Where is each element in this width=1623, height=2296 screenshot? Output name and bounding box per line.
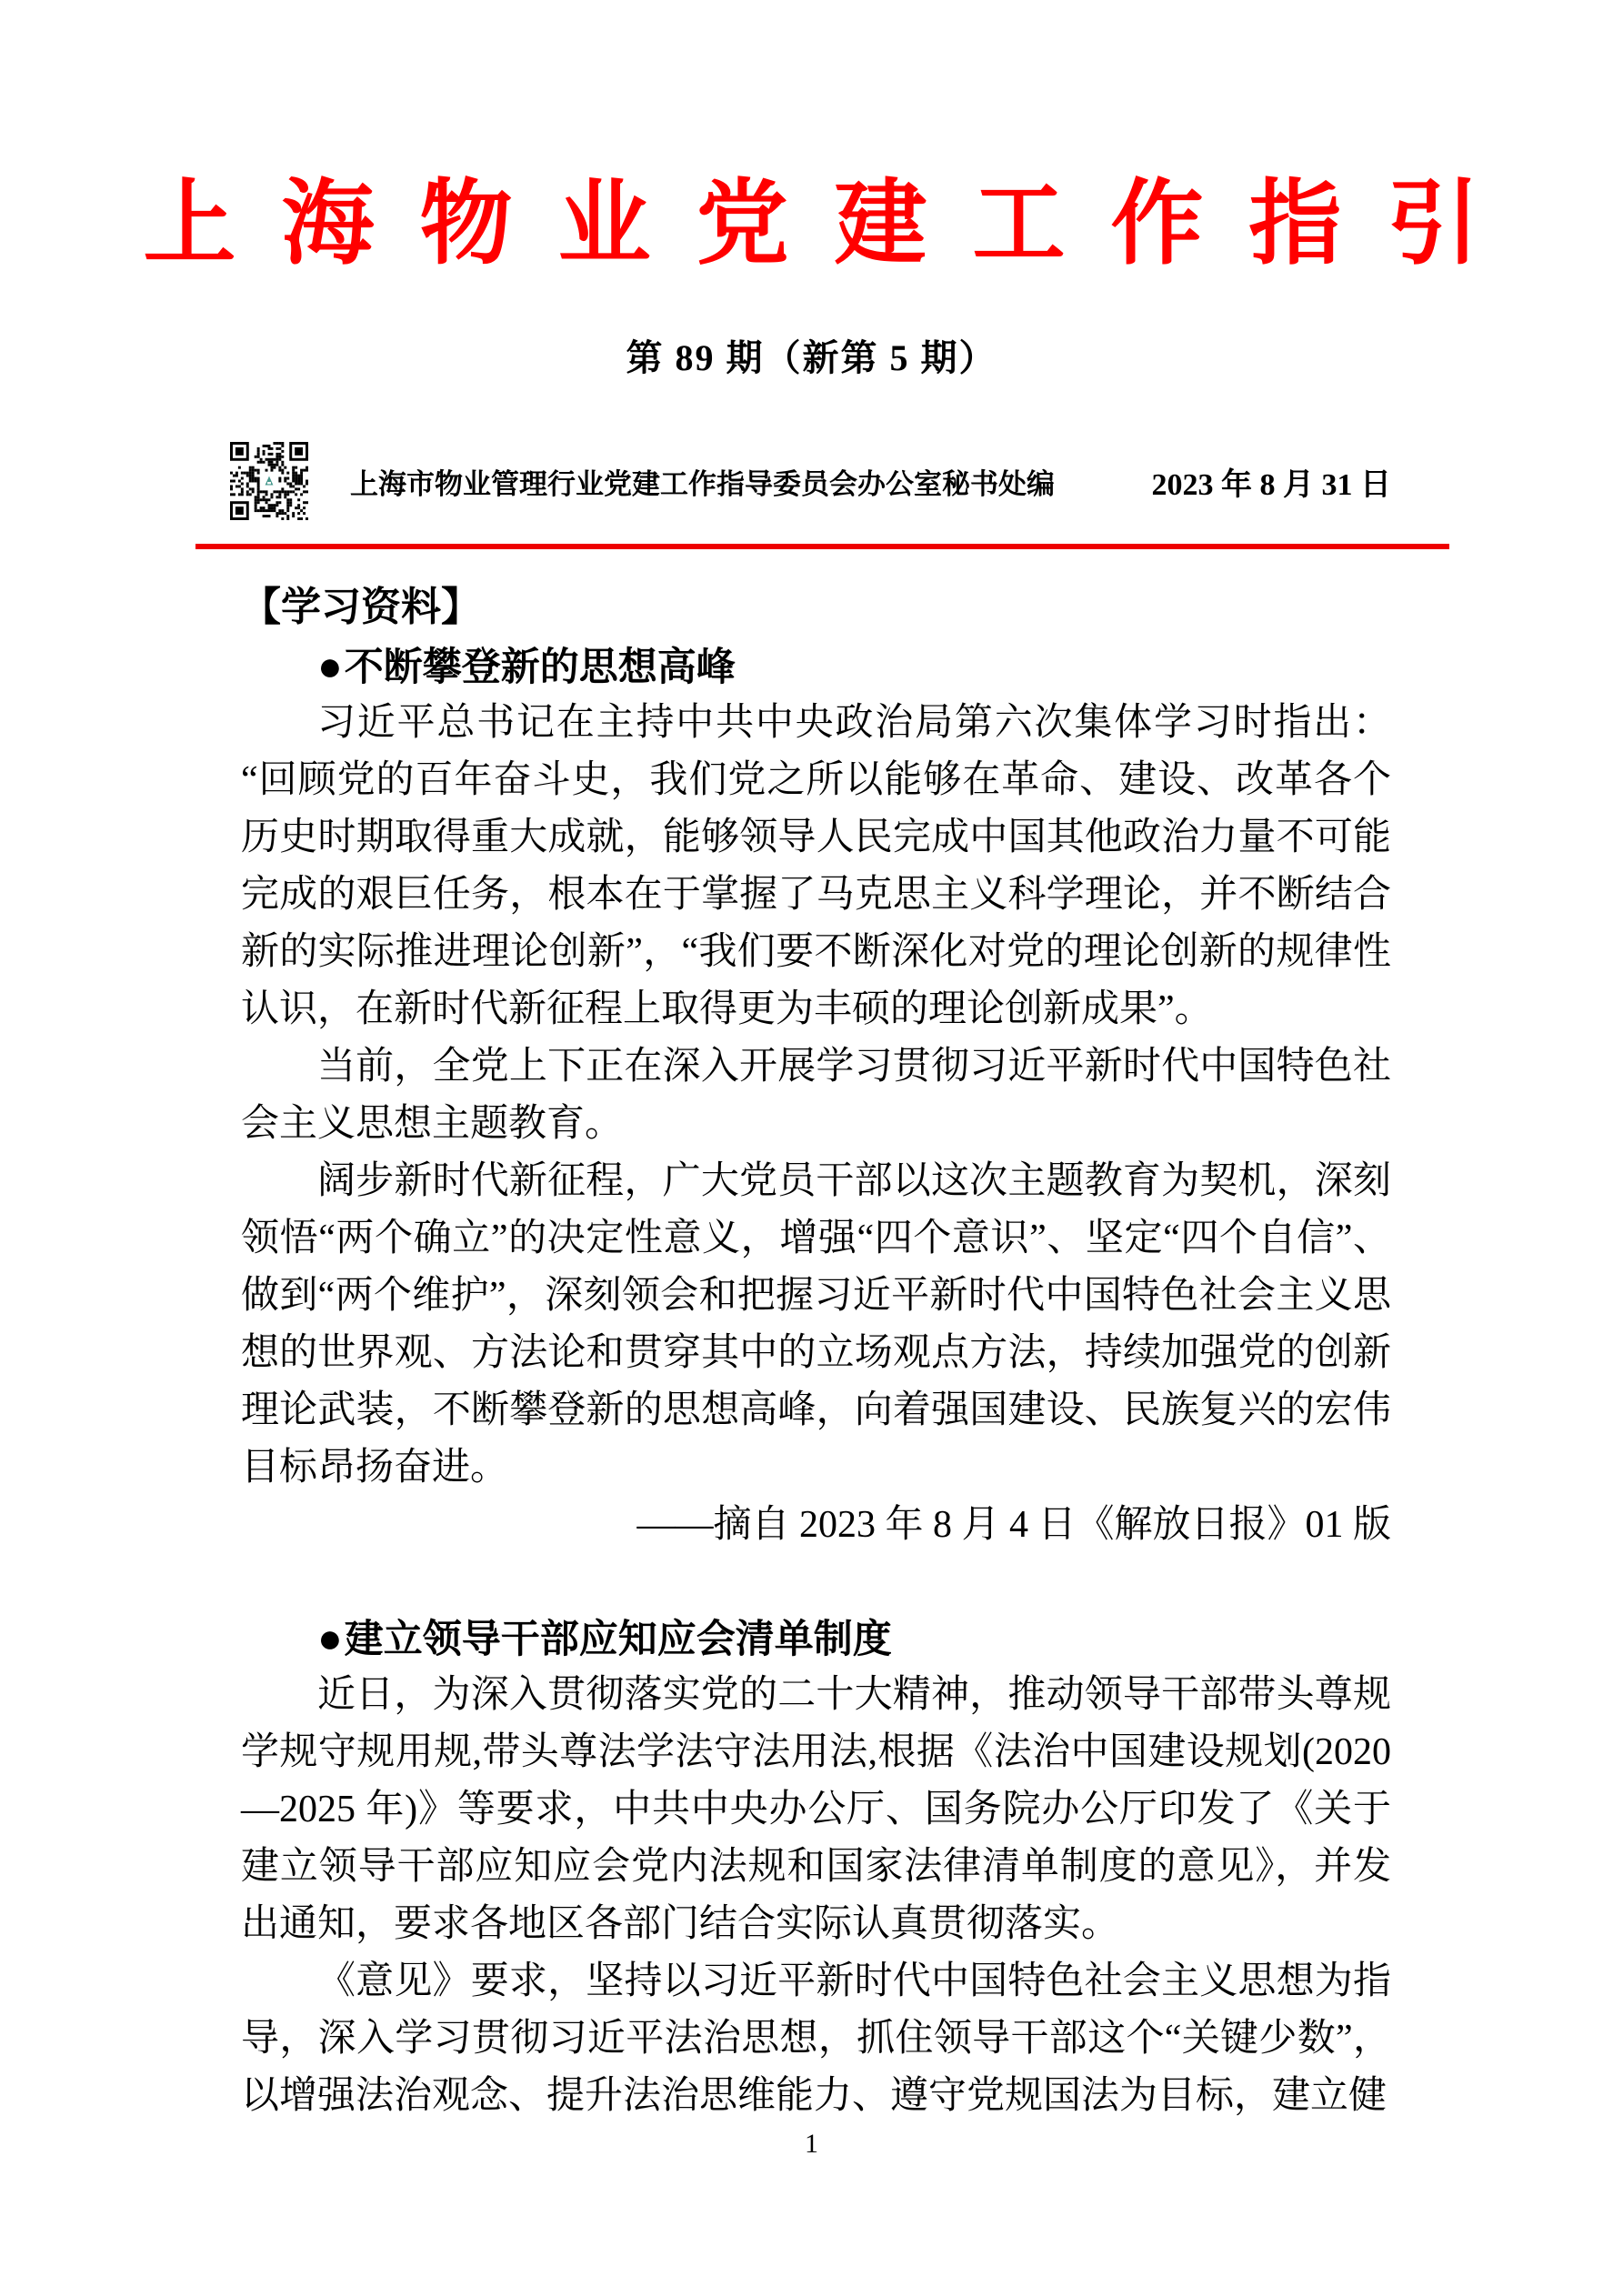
article-2-heading: ●建立领导干部应知应会清单制度 bbox=[317, 1610, 1391, 1667]
qr-code-icon bbox=[230, 442, 308, 520]
bullet-icon: ● bbox=[317, 642, 343, 689]
issue-number: 第 89 期（新第 5 期） bbox=[0, 333, 1623, 384]
publication-date: 2023 年 8 月 31 日 bbox=[1152, 459, 1392, 504]
section-label: 【学习资料】 bbox=[241, 580, 1391, 635]
masthead-divider-rule bbox=[195, 544, 1449, 549]
article-2-heading-text: 建立领导干部应知应会清单制度 bbox=[345, 1618, 892, 1661]
article-1-paragraph: 当前，全党上下正在深入开展学习贯彻习近平新时代中国特色社会主义思想主题教育。 bbox=[241, 1038, 1391, 1153]
article-2-paragraph: 《意见》要求，坚持以习近平新时代中国特色社会主义思想为指导，深入学习贯彻习近平法… bbox=[241, 1953, 1391, 2125]
article-1-paragraph: 习近平总书记在主持中共中央政治局第六次集体学习时指出：“回顾党的百年奋斗史，我们… bbox=[241, 695, 1391, 1038]
article-1-heading: ●不断攀登新的思想高峰 bbox=[317, 638, 1391, 695]
article-1-paragraph: 阔步新时代新征程，广大党员干部以这次主题教育为契机，深刻领悟“两个确立”的决定性… bbox=[241, 1153, 1391, 1497]
newsletter-title: 上海物业党建工作指引 bbox=[0, 165, 1623, 286]
page-number: 1 bbox=[0, 2128, 1623, 2161]
document-body: 【学习资料】 ●不断攀登新的思想高峰 习近平总书记在主持中共中央政治局第六次集体… bbox=[241, 580, 1391, 2125]
masthead-info-row: 上海市物业管理行业党建工作指导委员会办公室秘书处编 2023 年 8 月 31 … bbox=[0, 442, 1623, 520]
editor-credit: 上海市物业管理行业党建工作指导委员会办公室秘书处编 bbox=[350, 461, 1055, 502]
article-1-heading-text: 不断攀登新的思想高峰 bbox=[345, 646, 736, 689]
newsletter-page: 上海物业党建工作指引 第 89 期（新第 5 期） 上海市物业管理行业党建工作指… bbox=[0, 0, 1623, 2296]
article-1-source-attribution: ——摘自 2023 年 8 月 4 日《解放日报》01 版 bbox=[241, 1497, 1391, 1554]
bullet-icon: ● bbox=[317, 1614, 343, 1661]
article-2-paragraph: 近日，为深入贯彻落实党的二十大精神，推动领导干部带头尊规学规守规用规,带头尊法学… bbox=[241, 1667, 1391, 1953]
